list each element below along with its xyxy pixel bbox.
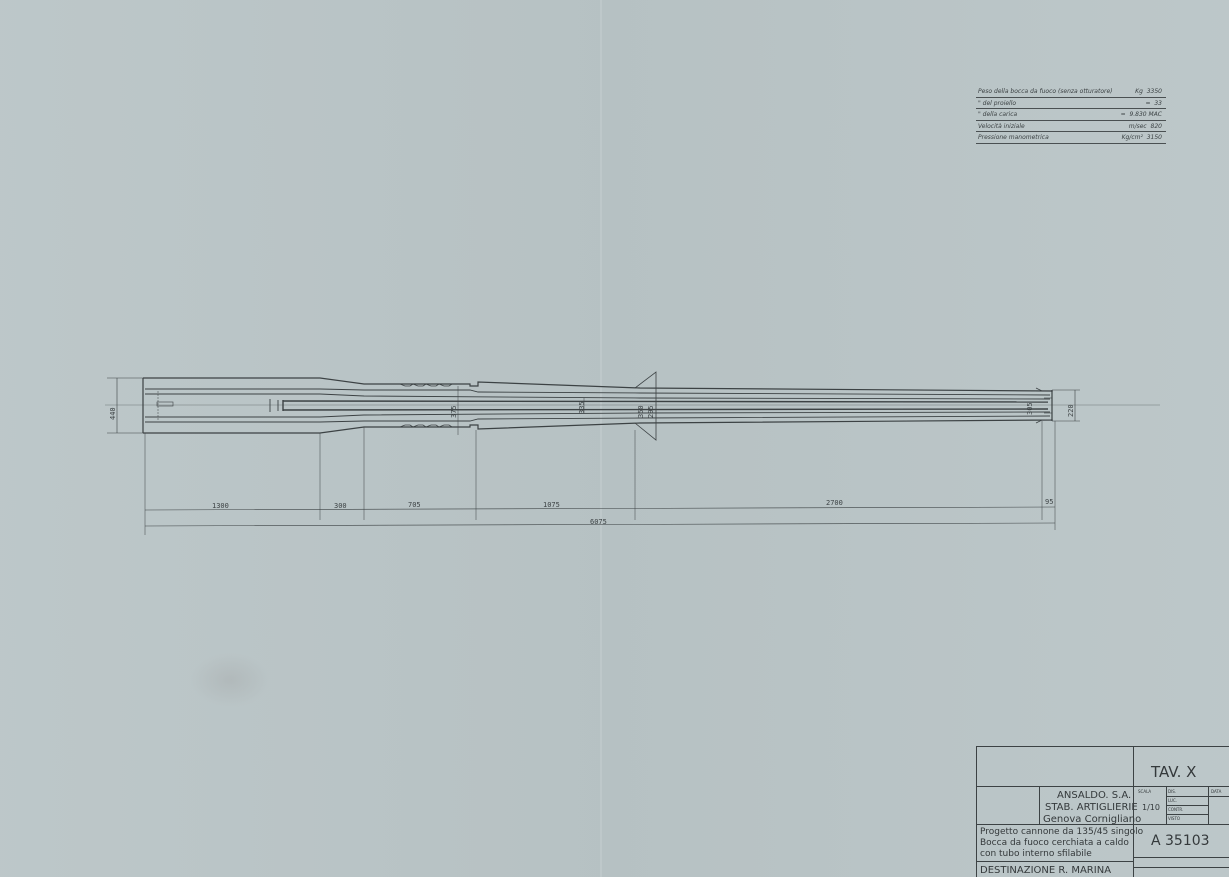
dim-segment-5: 2700 [826, 499, 843, 507]
company-division: STAB. ARTIGLIERIE [1045, 802, 1138, 813]
title-block: TAV. X ANSALDO. S.A. STAB. ARTIGLIERIE G… [976, 746, 1229, 877]
drawing-number: A 35103 [1151, 833, 1210, 849]
description-line-1: Progetto cannone da 135/45 singolo [980, 827, 1143, 837]
dim-segment-2: 300 [334, 502, 347, 510]
description-line-2: Bocca da fuoco cerchiata a caldo [980, 838, 1129, 848]
company-name: ANSALDO. S.A. [1057, 790, 1131, 801]
dim-segment-4: 1075 [543, 501, 560, 509]
outer-profile-top [143, 378, 1052, 392]
scale-value: 1/10 [1142, 803, 1160, 812]
dim-breech-diameter: 440 [109, 407, 117, 420]
svg-text:375: 375 [450, 405, 458, 418]
svg-text:350: 350 [637, 405, 645, 418]
svg-text:305: 305 [1026, 402, 1034, 415]
outer-profile-bottom [143, 419, 1052, 433]
dim-segment-3: 705 [408, 501, 421, 509]
svg-text:295: 295 [647, 405, 655, 418]
dim-total-length: 6075 [590, 518, 607, 526]
svg-text:335: 335 [578, 401, 586, 414]
dim-muzzle-diameter: 220 [1067, 404, 1075, 417]
dim-segment-6: 95 [1045, 498, 1053, 506]
company-location: Genova Cornigliano [1043, 814, 1141, 825]
description-line-3: con tubo interno sfilabile [980, 849, 1092, 859]
sheet-number: TAV. X [1151, 763, 1196, 781]
destination: DESTINAZIONE R. MARINA [980, 865, 1111, 876]
dim-segment-1: 1300 [212, 502, 229, 510]
